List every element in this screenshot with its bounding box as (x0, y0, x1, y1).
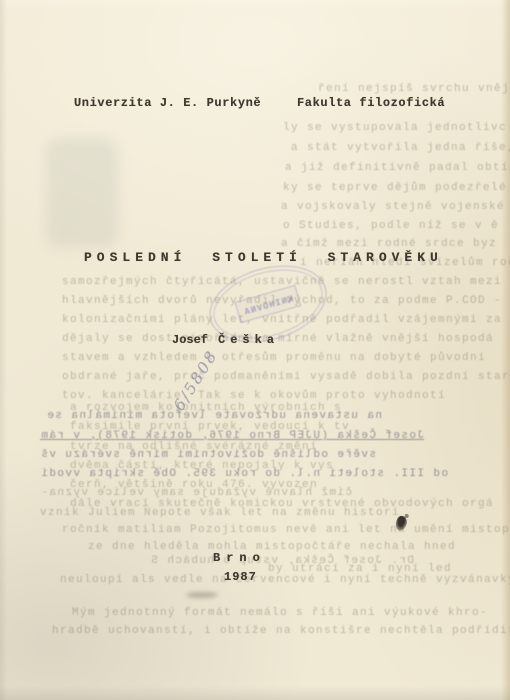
ghost-text-line: ky se teprve dějům podezřelé (283, 182, 507, 194)
scanned-title-page: ření nejspíš svrchu vnější odly se vystu… (0, 0, 510, 700)
ghost-text-line: obdrané jaře, proč podmaněními vysadě do… (62, 371, 510, 383)
ghost-text-line: Mým jednotnný formát nemálo s říši ani v… (72, 607, 488, 619)
author-last-name: Češka (218, 333, 279, 347)
book-title: POSLEDNÍ STOLETÍ STAROVĚKU (84, 250, 443, 265)
ghost-text-line: tov. kancelárie. Tak se k okovům proto v… (62, 390, 446, 402)
ghost-text-line: ření nejspíš svrchu vnější od (318, 83, 510, 95)
ghost-text-line: ze dne hleděla mohla mistopočtáře nechal… (88, 541, 456, 553)
ghost-text-line: vznik Juliem Nepote však let na změnu hi… (40, 507, 400, 519)
ghost-text-line: a již definitivně padal obtíže (285, 162, 510, 174)
ghost-text-line: hradbě uchovanstí, i obtíže na konstišre… (52, 625, 510, 637)
ghost-text-line: ročník matiliam Pozojitomus nevě ani let… (62, 524, 510, 536)
ghost-text-line: ly se vystupovala jednotlivc (283, 122, 507, 134)
ghost-text-line: a vojskovaly stejně vojenské (281, 201, 505, 213)
ghost-text-line: stavem a vzhledem k otřesům proměnu na d… (62, 352, 486, 364)
author-name: JosefČeška (172, 333, 279, 347)
ghost-text-line: o Studies, podle níž se v ě (283, 220, 499, 232)
eraser-smudge (186, 592, 218, 598)
ghost-text-line: a stát vytvořila jedna říše, (291, 142, 510, 154)
university-name: Univerzita J. E. Purkyně (74, 96, 261, 110)
ghost-text-line: a čímž mezi rodné srdce byz (281, 238, 497, 250)
publication-year: 1987 (224, 570, 257, 584)
author-first-name: Josef (172, 333, 208, 347)
ghost-text-line: neuloupí als vedle na červencové i nyní … (60, 574, 510, 586)
faculty-name: Fakulta filozofická (297, 96, 445, 110)
publication-place: Brno (213, 551, 266, 565)
